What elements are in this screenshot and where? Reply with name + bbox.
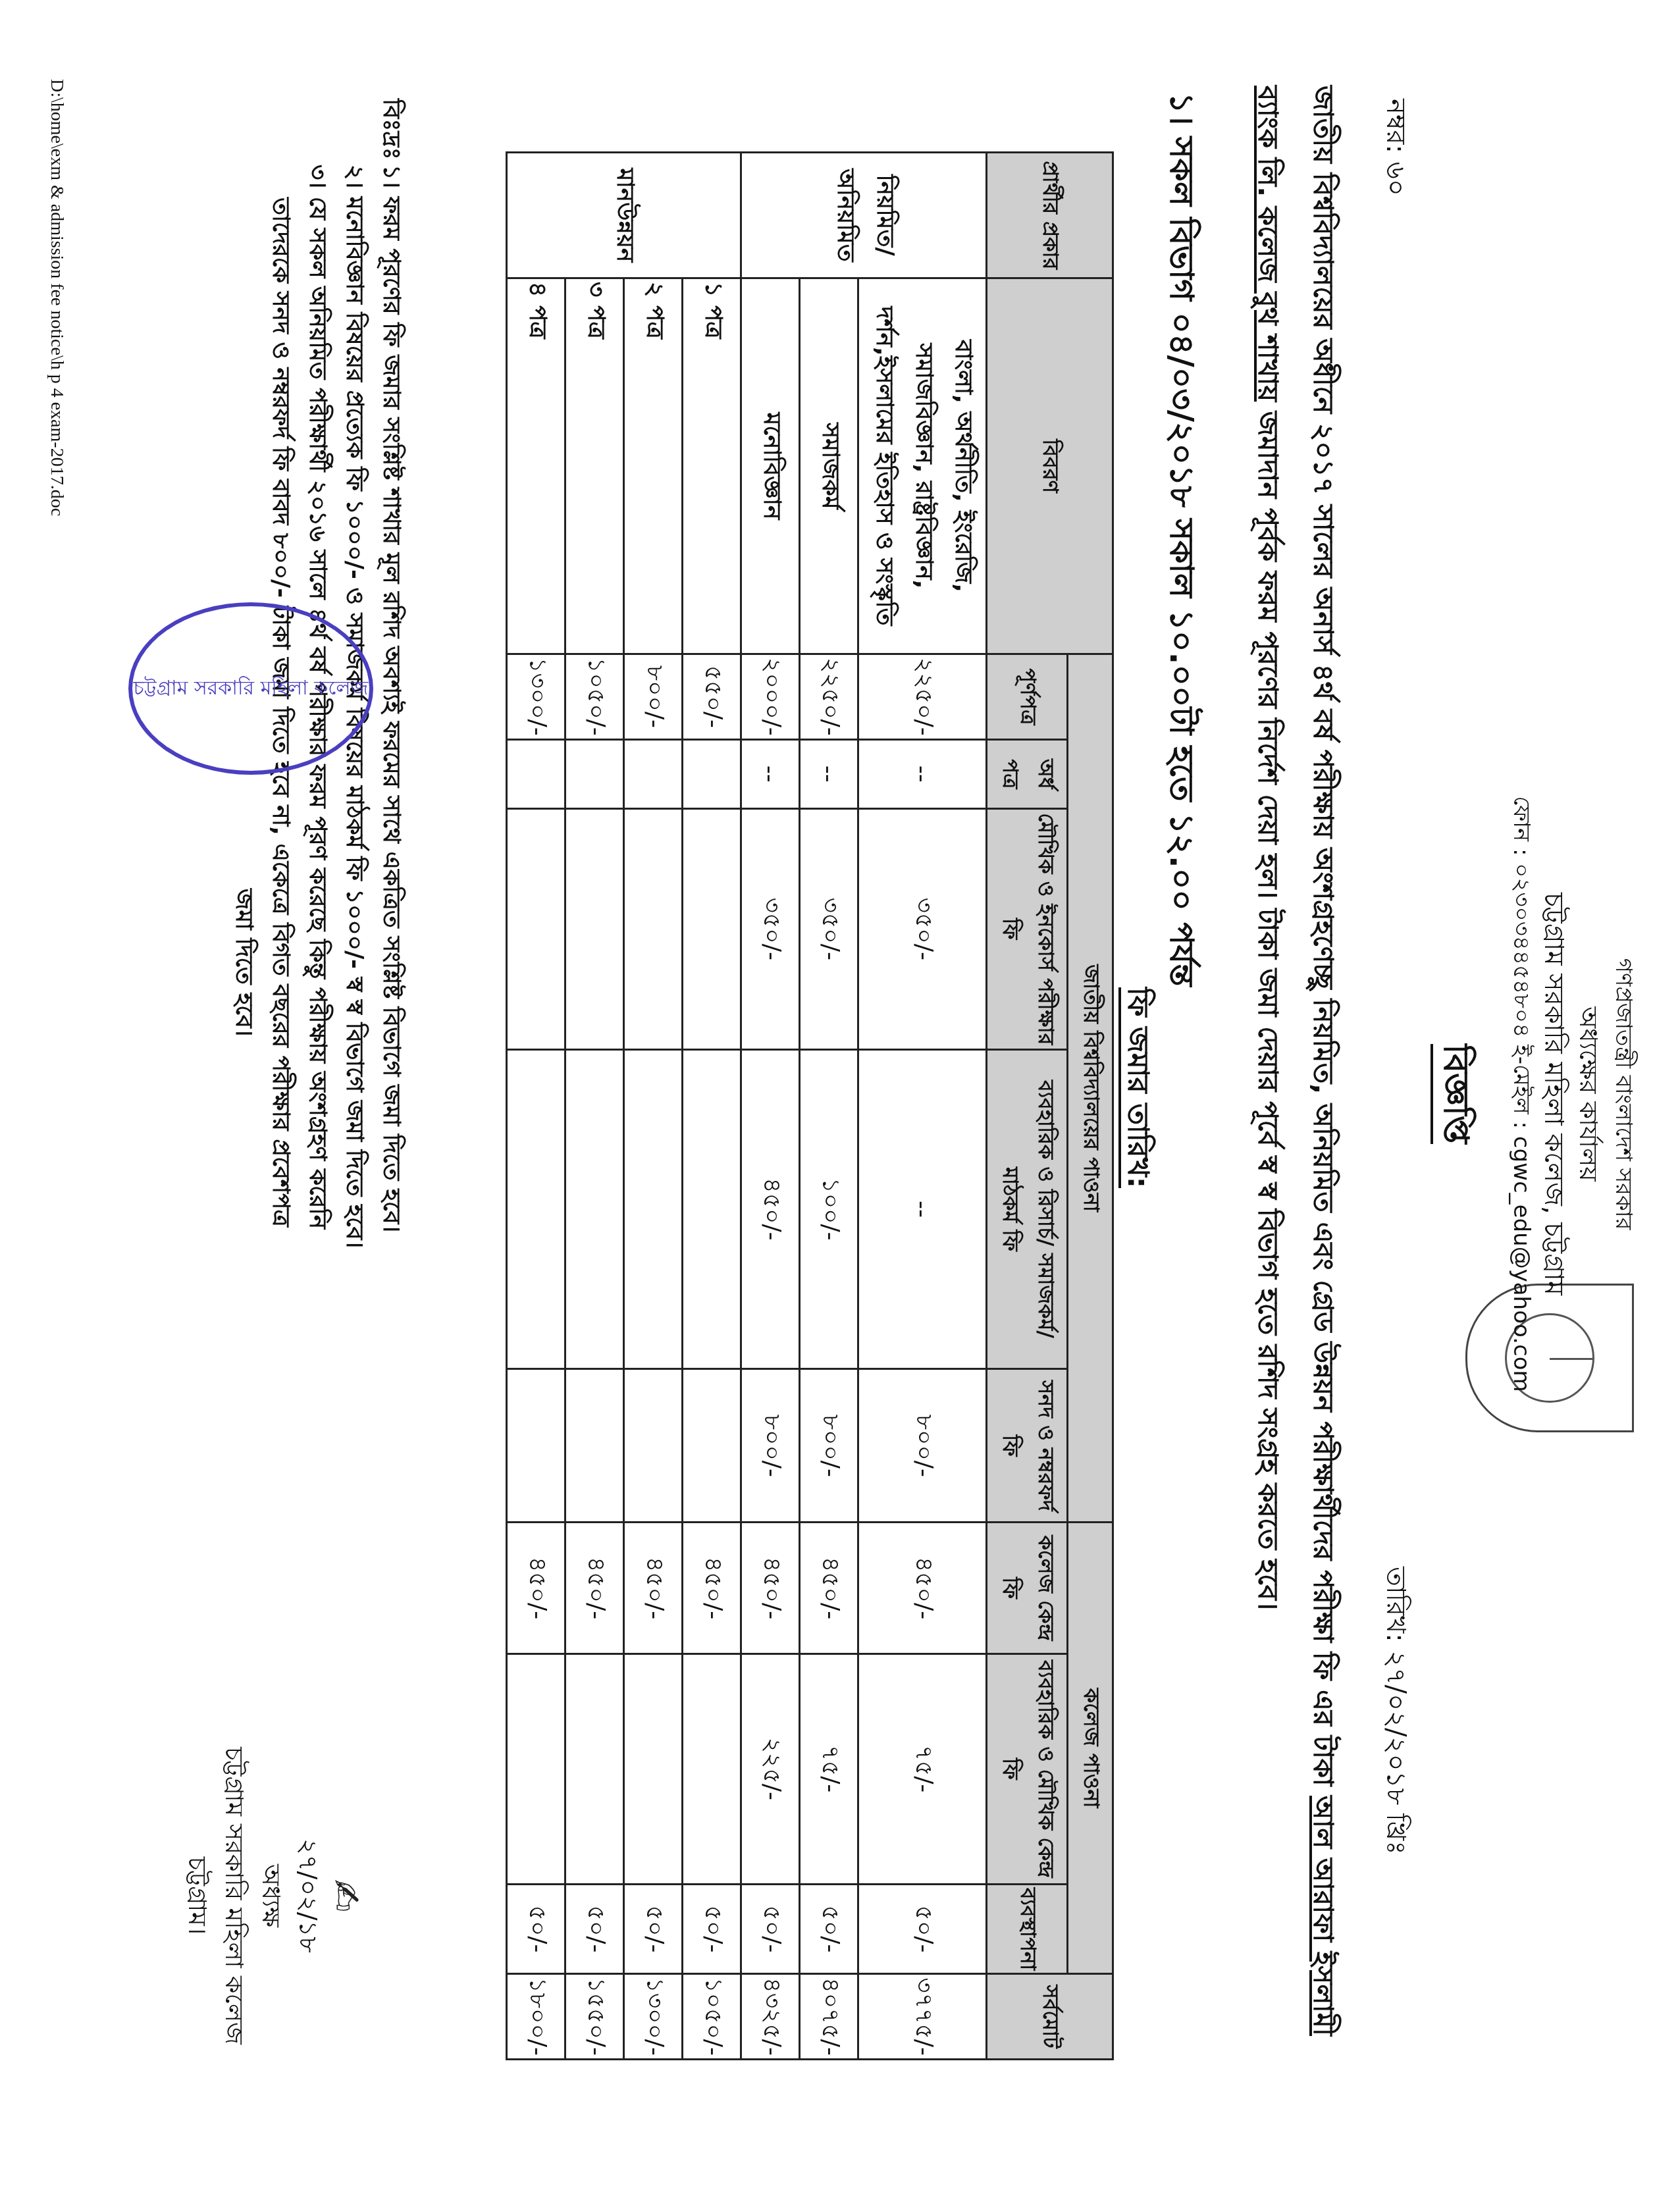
cell-total: ১৮০০/-	[507, 1974, 565, 2060]
cell-centre: ৪৫০/-	[565, 1523, 624, 1654]
cell-centre: ৪৫০/-	[507, 1523, 565, 1654]
cell-centre: ৪৫০/-	[800, 1523, 858, 1654]
cell-half	[565, 739, 624, 808]
notice-date: তারিখ: ২৭/০২/২০১৮ খ্রিঃ	[1373, 1567, 1417, 1855]
cell-session: ৮০০/-	[858, 1369, 987, 1523]
govt-name: গণপ্রজাতন্ত্রী বাংলাদেশ সরকার	[1603, 0, 1641, 2188]
cell-oral: ৩৫০/-	[741, 808, 800, 1049]
cell-prac-oral-centre	[565, 1654, 624, 1884]
file-path: D:\home\exm & admission fee notice\h p 4…	[46, 79, 67, 516]
group-college: কলেজ পাওনা	[1068, 1523, 1113, 1974]
signature-date: ২৭/০২/১৮	[290, 1711, 327, 2080]
cell-half: --	[858, 739, 987, 808]
table-row: মনোবিজ্ঞান২০০০/---৩৫০/-৪৫০/-৮০০/-৪৫০/-২২…	[741, 153, 800, 2060]
col-half: অর্ধ পত্র	[987, 739, 1068, 808]
cell-full: ১০৫০/-	[565, 654, 624, 740]
fee-date-label: ফি জমার তারিখ:	[1112, 987, 1160, 1188]
cell-prac-oral-centre: ২২৫/-	[741, 1654, 800, 1884]
cell-centre: ৪৫০/-	[683, 1523, 741, 1654]
cell-prac-oral-centre: ৭৫/-	[800, 1654, 858, 1884]
col-full: পূর্ণপত্র	[987, 654, 1068, 740]
notice-title: বিজ্ঞপ্তি	[1425, 0, 1483, 2188]
signature-icon: ✍	[327, 1711, 363, 2080]
cell-full: ২২৫০/-	[858, 654, 987, 740]
cell-practical: --	[858, 1049, 987, 1369]
cell-prac-oral-centre	[683, 1654, 741, 1884]
cell-half	[683, 739, 741, 808]
cell-practical	[565, 1049, 624, 1369]
cell-session: ৮০০/-	[741, 1369, 800, 1523]
college-seal-stamp: চট্টগ্রাম সরকারি মহিলা কলেজ	[128, 602, 373, 775]
cell-centre: ৪৫০/-	[858, 1523, 987, 1654]
cell-practical: ১০০/-	[800, 1049, 858, 1369]
cell-mgmt: ৫০/-	[624, 1884, 683, 1973]
col-type: প্রার্থীর প্রকার	[987, 153, 1113, 278]
cell-practical	[507, 1049, 565, 1369]
row-desc: ৪ পত্র	[507, 278, 565, 654]
col-prac-oral-centre: ব্যবহারিক ও মৌখিক কেন্দ্র ফি	[987, 1654, 1068, 1884]
signature-block: ✍ ২৭/০২/১৮ অধ্যক্ষ চট্টগ্রাম সরকারি মহিল…	[179, 1711, 363, 2080]
cell-full: ২২৫০/-	[800, 654, 858, 740]
cell-total: ১০৫০/-	[683, 1974, 741, 2060]
cell-mgmt: ৫০/-	[565, 1884, 624, 1973]
fee-table: প্রার্থীর প্রকার বিবরণ জাতীয় বিশ্ববিদ্য…	[506, 151, 1114, 2060]
cell-full: ২০০০/-	[741, 654, 800, 740]
signatory-title: অধ্যক্ষ	[253, 1711, 290, 2080]
table-row: মানউন্নয়ন১ পত্র৫৫০/-৪৫০/-৫০/-১০৫০/-	[683, 153, 741, 2060]
group-nu: জাতীয় বিশ্ববিদ্যালয়ের পাওনা	[1068, 654, 1113, 1523]
cell-session	[565, 1369, 624, 1523]
cell-centre: ৪৫০/-	[741, 1523, 800, 1654]
cell-half: --	[741, 739, 800, 808]
col-total: সর্বমোট	[987, 1974, 1113, 2060]
cell-practical	[683, 1049, 741, 1369]
cell-mgmt: ৫০/-	[507, 1884, 565, 1973]
deadline: ১। সকল বিভাগ ০৪/০৩/২০১৮ সকাল ১০.০০টা হতে…	[1151, 92, 1206, 986]
cell-mgmt: ৫০/-	[741, 1884, 800, 1973]
cell-half	[507, 739, 565, 808]
cell-full: ৫৫০/-	[683, 654, 741, 740]
col-centre: কলেজ কেন্দ্র ফি	[987, 1523, 1068, 1654]
cell-total: ১৫৫০/-	[565, 1974, 624, 2060]
cell-practical: ৪৫০/-	[741, 1049, 800, 1369]
col-session: সনদ ও নম্বরফর্দ ফি	[987, 1369, 1068, 1523]
col-mgmt: ব্যবস্থাপনা	[987, 1884, 1068, 1973]
cell-oral	[683, 808, 741, 1049]
cell-total: ৪০৭৫/-	[800, 1974, 858, 2060]
body-text-a: জাতীয় বিশ্ববিদ্যালয়ের অধীনে ২০১৭ সালের…	[1307, 86, 1340, 1796]
row-desc: মনোবিজ্ঞান	[741, 278, 800, 654]
cell-prac-oral-centre	[507, 1654, 565, 1884]
cell-full: ৮০০/-	[624, 654, 683, 740]
row-type: নিয়মিত/ অনিয়মিত	[741, 153, 987, 278]
cell-session	[624, 1369, 683, 1523]
notice-title-text: বিজ্ঞপ্তি	[1431, 1044, 1475, 1143]
cell-oral: ৩৫০/-	[800, 808, 858, 1049]
cell-full: ১৩০০/-	[507, 654, 565, 740]
col-practical: ব্যবহারিক ও রিসার্চ/ সমাজকর্ম/ মাঠকর্ম ফ…	[987, 1049, 1068, 1369]
row-desc: বাংলা, অর্থনীতি, ইংরেজি, সমাজবিজ্ঞান, রা…	[858, 278, 987, 654]
row-desc: সমাজকর্ম	[800, 278, 858, 654]
cell-prac-oral-centre: ৭৫/-	[858, 1654, 987, 1884]
cell-mgmt: ৫০/-	[800, 1884, 858, 1973]
table-row: ৪ পত্র১৩০০/-৪৫০/-৫০/-১৮০০/-	[507, 153, 565, 2060]
row-desc: ৩ পত্র	[565, 278, 624, 654]
col-oral: মৌখিক ও ইনকোর্স পরীক্ষার ফি	[987, 808, 1068, 1049]
table-row: সমাজকর্ম২২৫০/---৩৫০/-১০০/-৮০০/-৪৫০/-৭৫/-…	[800, 153, 858, 2060]
cell-prac-oral-centre	[624, 1654, 683, 1884]
note-1: ১। ফরম পূরণের ফি জমার সংশ্লিষ্ট শাখার মূ…	[378, 165, 405, 1232]
cell-half	[624, 739, 683, 808]
cell-half: --	[800, 739, 858, 808]
cell-session	[683, 1369, 741, 1523]
cell-mgmt: ৫০/-	[858, 1884, 987, 1973]
cell-oral	[624, 808, 683, 1049]
stamp-text: চট্টগ্রাম সরকারি মহিলা কলেজ	[134, 672, 369, 706]
cell-total: ৩৭৭৫/-	[858, 1974, 987, 2060]
contact-info: ফোন : ০২৩০৩৪৪৫৪৮০৪ ই-মেইল : cgwc_edu@yah…	[1501, 0, 1538, 2188]
notes-label: বিঃদ্রঃ	[373, 99, 409, 165]
body-text-b: জমাদান পূর্বক ফরম পূরণের নির্দেশ দেয়া হ…	[1252, 402, 1284, 1610]
col-desc: বিবরণ	[987, 278, 1113, 654]
table-row: ২ পত্র৮০০/-৪৫০/-৫০/-১৩০০/-	[624, 153, 683, 2060]
fee-date-label-text: ফি জমার তারিখ:	[1118, 987, 1155, 1188]
cell-oral	[507, 808, 565, 1049]
signatory-college: চট্টগ্রাম সরকারি মহিলা কলেজ	[216, 1711, 253, 2080]
row-type: মানউন্নয়ন	[507, 153, 741, 278]
cell-oral: ৩৫০/-	[858, 808, 987, 1049]
row-desc: ১ পত্র	[683, 278, 741, 654]
cell-session: ৮০০/-	[800, 1369, 858, 1523]
notice-page: গণপ্রজাতন্ত্রী বাংলাদেশ সরকার অধ্যক্ষের …	[0, 0, 1680, 2188]
cell-mgmt: ৫০/-	[683, 1884, 741, 1973]
cell-centre: ৪৫০/-	[624, 1523, 683, 1654]
table-row: ৩ পত্র১০৫০/-৪৫০/-৫০/-১৫৫০/-	[565, 153, 624, 2060]
cell-session	[507, 1369, 565, 1523]
table-row: নিয়মিত/ অনিয়মিতবাংলা, অর্থনীতি, ইংরেজি…	[858, 153, 987, 2060]
cell-total: ১৩০০/-	[624, 1974, 683, 2060]
row-desc: ২ পত্র	[624, 278, 683, 654]
signatory-city: চট্টগ্রাম।	[179, 1711, 216, 2080]
cell-total: ৪৩২৫/-	[741, 1974, 800, 2060]
notice-body: জাতীয় বিশ্ববিদ্যালয়ের অধীনে ২০১৭ সালের…	[1240, 86, 1351, 2100]
cell-oral	[565, 808, 624, 1049]
memo-number: নম্বর: ৬০	[1373, 99, 1417, 196]
cell-practical	[624, 1049, 683, 1369]
